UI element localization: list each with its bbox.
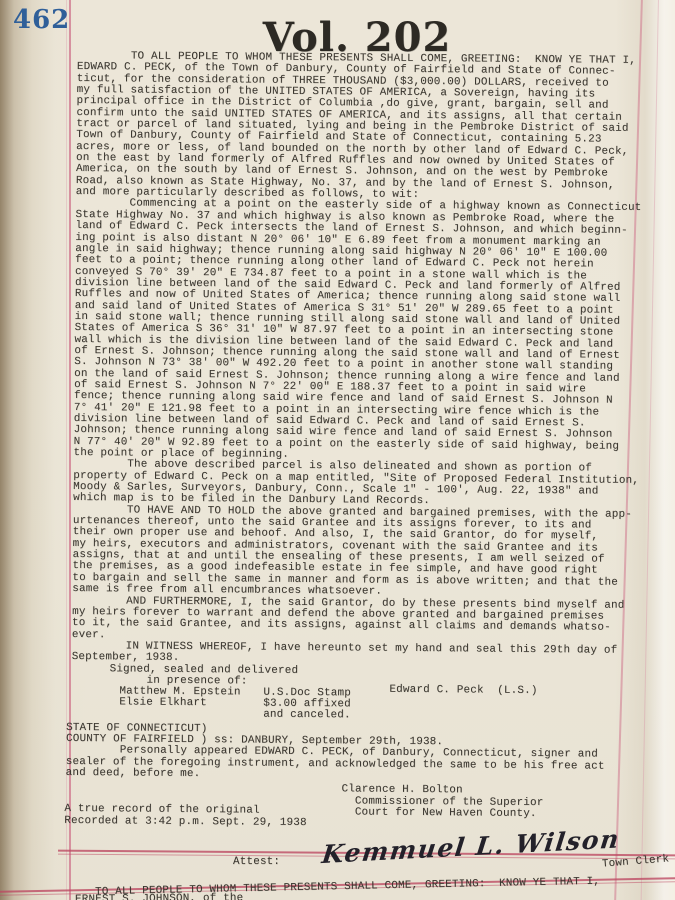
deed-habendum-paragraph: TO HAVE AND TO HOLD the above granted an… bbox=[72, 505, 653, 601]
signature-block: Signed, sealed and delivered in presence… bbox=[71, 664, 651, 728]
deed-opening-paragraph: TO ALL PEOPLE TO WHOM THESE PRESENTS SHA… bbox=[76, 51, 657, 204]
page-number: 462 bbox=[13, 5, 70, 35]
next-deed-fragment-line-2: ERNEST S. JOHNSON, of the bbox=[75, 893, 243, 900]
deed-body: TO ALL PEOPLE TO WHOM THESE PRESENTS SHA… bbox=[70, 51, 657, 848]
deed-warranty-paragraph: AND FURTHERMORE, I, the said Grantor, do… bbox=[72, 595, 652, 645]
revenue-stamp-note: U.S.Doc Stamp $3.00 affixed and canceled… bbox=[263, 687, 351, 722]
town-clerk-title: Town Clerk bbox=[602, 854, 670, 871]
deed-metes-bounds-paragraph: Commencing at a point on the easterly si… bbox=[73, 198, 655, 464]
witness-name-2: Elsie Elkhart bbox=[119, 697, 207, 709]
grantor-signature-line: Edward C. Peck (L.S.) bbox=[389, 684, 537, 697]
record-book-page: 462 Vol. 202 TO ALL PEOPLE TO WHOM THESE… bbox=[0, 0, 675, 900]
commissioner-block: Clarence H. Bolton Commissioner of the S… bbox=[341, 785, 543, 821]
true-record-note: A true record of the original Recorded a… bbox=[64, 804, 307, 829]
attest-label: Attest: bbox=[233, 857, 280, 868]
deed-map-reference-paragraph: The above described parcel is also delin… bbox=[73, 459, 653, 509]
acknowledgment-body: Personally appeared EDWARD C. PECK, of D… bbox=[66, 745, 651, 784]
